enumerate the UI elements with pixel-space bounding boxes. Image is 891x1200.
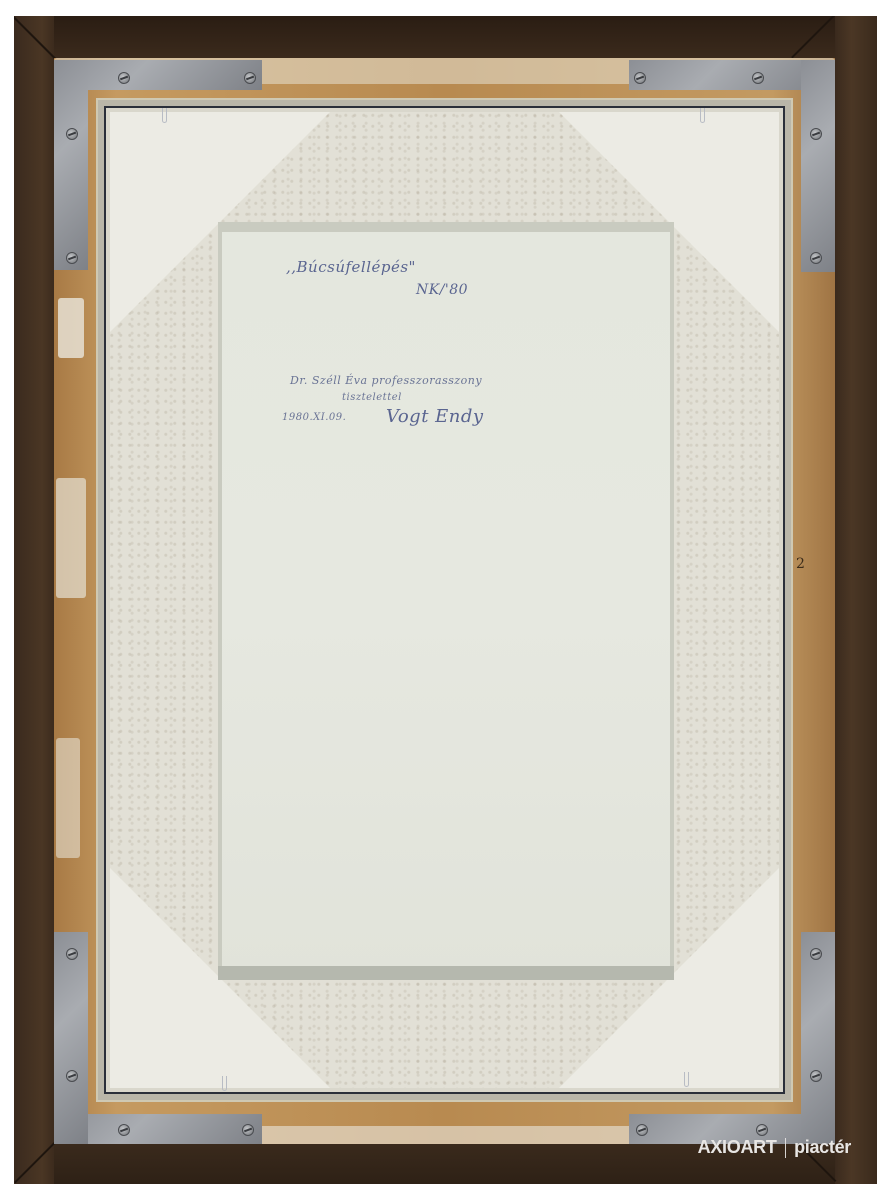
screw-icon <box>118 1124 130 1136</box>
frame-top-rail <box>14 16 877 58</box>
watermark-separator <box>785 1138 787 1158</box>
screw-icon <box>636 1124 648 1136</box>
metal-bracket-top-right <box>801 60 835 272</box>
frame-right-rail <box>835 16 877 1184</box>
screw-icon <box>810 1070 822 1082</box>
watermark-section: piactér <box>794 1137 851 1158</box>
metal-bracket-top-left <box>54 60 88 270</box>
frame-left-rail <box>14 16 54 1184</box>
screw-icon <box>810 128 822 140</box>
paint-residue <box>56 478 86 598</box>
screw-icon <box>66 1070 78 1082</box>
screw-icon <box>752 72 764 84</box>
canvas-stretcher-panel: ,,Búcsúfellépés" NK/'80 Dr. Széll Éva pr… <box>218 222 674 980</box>
paint-residue <box>56 738 80 858</box>
screw-icon <box>810 948 822 960</box>
hanging-hook <box>700 108 705 123</box>
screw-icon <box>810 252 822 264</box>
hanging-hook <box>162 108 167 123</box>
watermark-brand: AXIOART <box>698 1137 777 1158</box>
screw-icon <box>756 1124 768 1136</box>
screw-icon <box>118 72 130 84</box>
axioart-watermark: AXIOART piactér <box>698 1137 851 1158</box>
metal-bracket-bottom-right <box>801 932 835 1144</box>
hanging-hook <box>222 1076 227 1091</box>
dedication-line-1: Dr. Széll Éva professzorasszony <box>290 374 482 387</box>
hanging-hook <box>684 1072 689 1087</box>
date-inscription: 1980.XI.09. <box>282 412 346 423</box>
screw-icon <box>66 948 78 960</box>
edge-mark: 2 <box>796 556 805 572</box>
code-inscription: NK/'80 <box>416 282 468 298</box>
artist-signature: Vogt Endy <box>386 406 484 427</box>
screw-icon <box>242 1124 254 1136</box>
screw-icon <box>244 72 256 84</box>
metal-bracket-bottom-left <box>54 932 88 1144</box>
screw-icon <box>634 72 646 84</box>
paint-residue <box>58 298 84 358</box>
artwork-back-photo: ,,Búcsúfellépés" NK/'80 Dr. Széll Éva pr… <box>14 16 877 1184</box>
screw-icon <box>66 128 78 140</box>
screw-icon <box>66 252 78 264</box>
title-inscription: ,,Búcsúfellépés" <box>286 258 416 276</box>
dedication-line-2: tisztelettel <box>342 392 402 403</box>
